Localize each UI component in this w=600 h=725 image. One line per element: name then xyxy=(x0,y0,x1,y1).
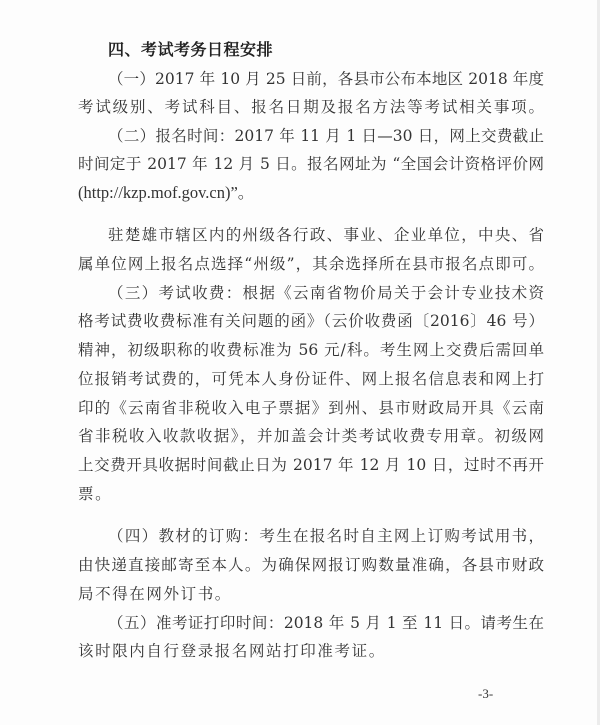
section-heading: 四、考试考务日程安排 xyxy=(108,36,544,64)
paragraph-2-line-1: （二）报名时间：2017 年 11 月 1 日—30 日，网上交费截止 xyxy=(108,122,544,150)
paragraph-6-line-2: 该时限内自行登录报名网站打印准考证。 xyxy=(78,637,544,665)
paragraph-4-line-3: 精神，初级职称的收费标准为 56 元/科。考生网上交费后需回单 xyxy=(78,336,544,364)
paragraph-4-line-2: 格考试费收费标准有关问题的函》（云价收费函〔2016〕46 号） xyxy=(78,307,544,335)
paragraph-4-line-8: 票。 xyxy=(78,480,544,508)
paragraph-6-line-1: （五）准考证打印时间：2018 年 5 月 1 至 11 日。请考生在 xyxy=(108,609,544,637)
paragraph-5-line-3: 局不得在网外订书。 xyxy=(78,580,544,608)
paragraph-3-line-2: 属单位网上报名点选择“州级”，其余选择所在县市报名点即可。 xyxy=(78,250,544,278)
paragraph-1-line-2: 考试级别、考试科目、报名日期及报名方法等考试相关事项。 xyxy=(78,93,544,121)
paragraph-4-line-7: 上交费开具收据时间截止日为 2017 年 12 月 10 日，过时不再开 xyxy=(78,451,544,479)
document-page: 四、考试考务日程安排 （一）2017 年 10 月 25 日前，各县市公布本地区… xyxy=(0,0,600,725)
paragraph-4-line-6: 省非税收入收款收据》，并加盖会计类考试收费专用章。初级网 xyxy=(78,422,544,450)
paragraph-2-url-line: (http://kzp.mof.gov.cn)”。 xyxy=(78,179,544,207)
paragraph-5-line-2: 由快递直接邮寄至本人。为确保网报订购数量准确，各县市财政 xyxy=(78,551,544,579)
paragraph-5-line-1: （四）教材的订购：考生在报名时自主网上订购考试用书， xyxy=(108,522,544,550)
paragraph-1-line-1: （一）2017 年 10 月 25 日前，各县市公布本地区 2018 年度 xyxy=(108,65,544,93)
paragraph-4-line-5: 印的《云南省非税收入电子票据》到州、县市财政局开具《云南 xyxy=(78,394,544,422)
page-number: -3- xyxy=(478,686,493,702)
paragraph-4-line-1: （三）考试收费：根据《云南省物价局关于会计专业技术资 xyxy=(108,279,544,307)
paragraph-3-line-1: 驻楚雄市辖区内的州级各行政、事业、企业单位，中央、省 xyxy=(108,221,544,249)
paragraph-4-line-4: 位报销考试费的，可凭本人身份证件、网上报名信息表和网上打 xyxy=(78,365,544,393)
paragraph-2-line-2: 时间定于 2017 年 12 月 5 日。报名网址为 “全国会计资格评价网 xyxy=(78,150,544,178)
